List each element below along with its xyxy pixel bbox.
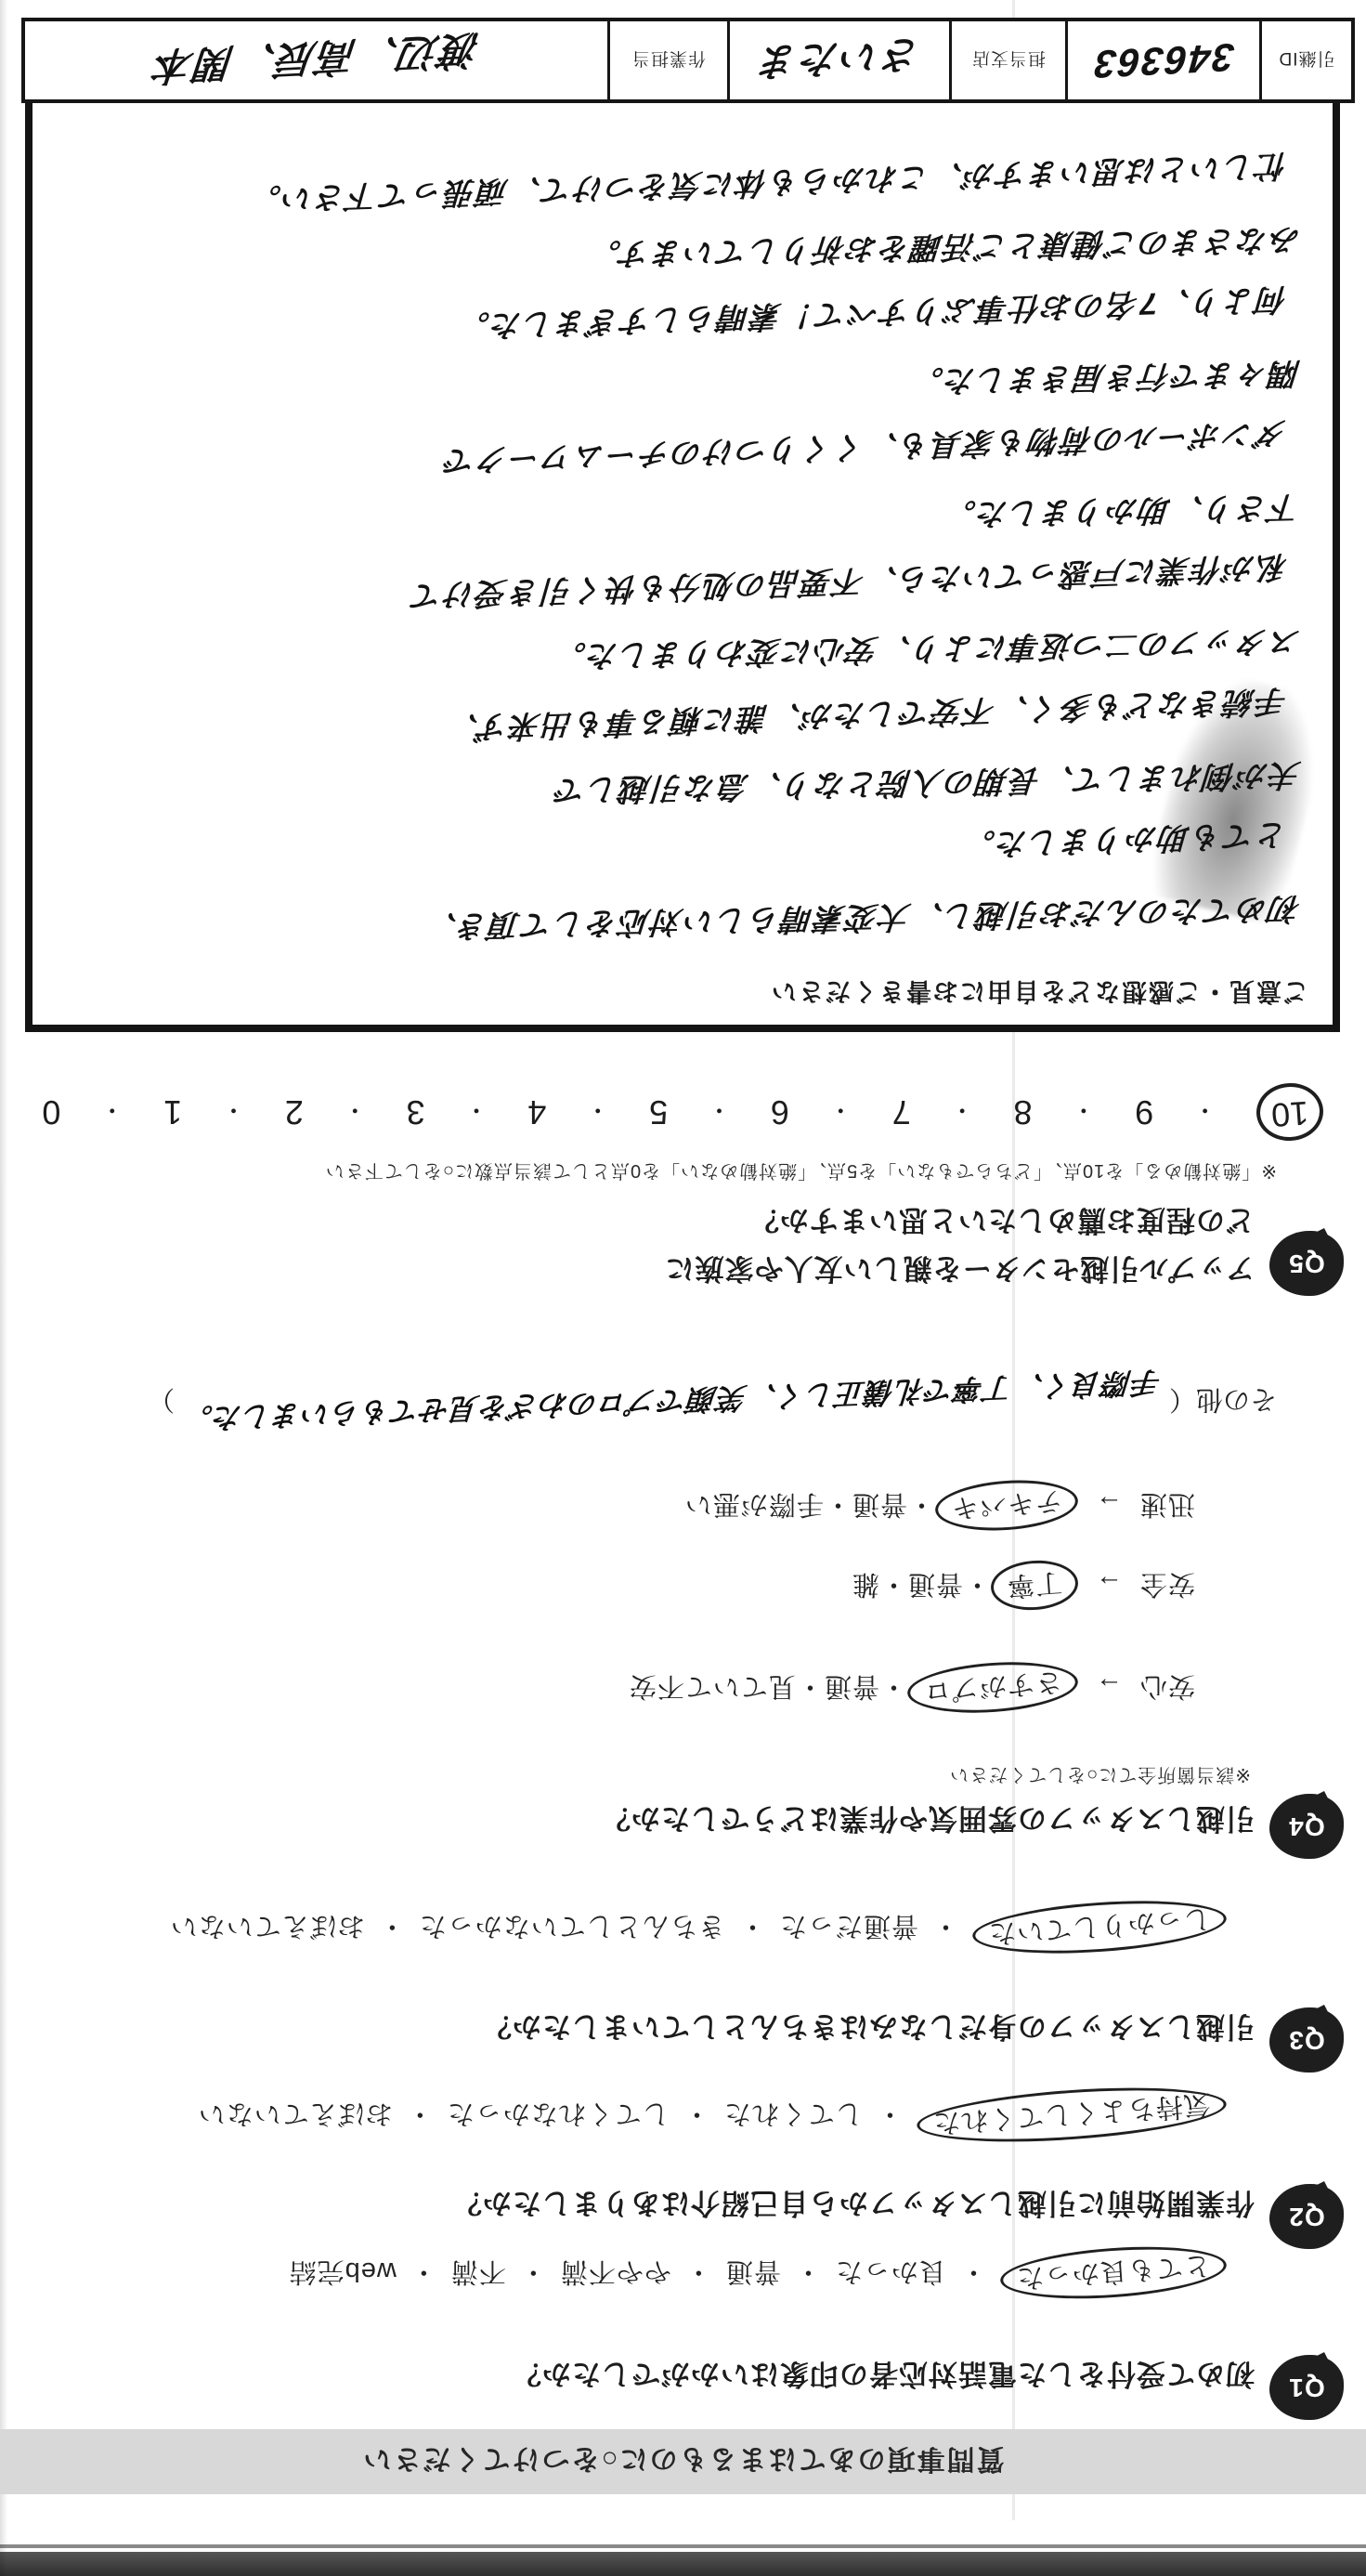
option-separator: ・ (683, 2099, 710, 2128)
scale-separator: ・ (1072, 1095, 1096, 1130)
staff-handwritten: 渡辺、高辰、関本 (150, 24, 482, 98)
q4-other-row: その他（ 手際良く、丁寧で礼儀正しく、笑顔でプロのわざを見せてもらいました。 ） (148, 1382, 1277, 1424)
option: おぼえていない (198, 2099, 393, 2128)
survey-document-rotated: 質問事項のあてはまるものに○をつけてください Q1 初めて受付をした電話対応者の… (0, 0, 1366, 2576)
q2-bubble: Q2 (1269, 2184, 1344, 2249)
q5-nps-scale: 10・9・8・7・6・5・4・3・2・1・0 (42, 1083, 1323, 1141)
option: 普通 (852, 1489, 907, 1519)
scale-value: 4 (527, 1092, 546, 1131)
option: してくれた (723, 2099, 863, 2128)
option-separator: ・ (876, 2099, 904, 2128)
scale-value: 0 (42, 1092, 60, 1131)
option-separator: ・ (410, 2256, 437, 2286)
branch-label: 担当支店 (949, 21, 1065, 99)
option: 普通 (907, 1569, 963, 1599)
scale-separator: ・ (708, 1095, 732, 1130)
scale-value: 2 (285, 1092, 304, 1131)
q2-options-row: 気持ちよくしてくれた・してくれた・してくれなかった・おぼえていない (198, 2090, 1227, 2139)
comment-box: ご意見・ご感想などを自由にお書きください 初めてたのんだお引越し、大変素晴らしい… (25, 47, 1340, 1032)
q1-bubble: Q1 (1269, 2355, 1344, 2420)
scanner-edge-line (0, 2544, 1366, 2548)
option-separator: ・ (963, 1569, 991, 1599)
option: 良かった (835, 2256, 946, 2286)
scale-value: 8 (1013, 1092, 1032, 1131)
option-circled: 気持ちよくしてくれた (916, 2079, 1229, 2150)
option-circled: しっかりしていた (970, 1894, 1228, 1961)
q4-instruction-note: ※該当箇所全てに○をしてください (949, 1763, 1251, 1790)
scanner-edge-band (0, 2552, 1366, 2576)
option-separator: ・ (738, 1911, 766, 1941)
option-separator: ・ (794, 2256, 822, 2286)
option: 手際が悪い (684, 1489, 824, 1519)
scale-value: 3 (407, 1092, 425, 1131)
scale-separator: ・ (950, 1095, 974, 1130)
option: きちんとしていなかった (419, 1911, 725, 1941)
option: 普通 (725, 2256, 781, 2286)
option-separator: ・ (406, 2099, 434, 2128)
q3-options-row: しっかりしていた・普通だった・きちんとしていなかった・おぼえていない (170, 1903, 1227, 1952)
page-title: 質問事項のあてはまるものに○をつけてください (361, 2441, 1004, 2482)
q4-subrow-anshin: 安心→さすがプロ・普通・見ていて不安 (629, 1663, 1195, 1712)
scale-value: 7 (892, 1092, 911, 1131)
scale-separator: ・ (343, 1095, 367, 1130)
option-separator: ・ (931, 1911, 959, 1941)
q4-other-label: その他（ (1169, 1384, 1277, 1414)
scale-separator: ・ (221, 1095, 245, 1130)
q1-options-row: とても良かった・良かった・普通・やや不満・不満・web完結 (289, 2248, 1227, 2297)
q4-other-close-paren: ） (148, 1384, 175, 1414)
q5-question-text-line1: アップル引越センターを親しい友人や家族に (665, 1250, 1255, 1292)
subrow-label: 安全 (1139, 1569, 1195, 1599)
scale-separator: ・ (828, 1095, 852, 1130)
scale-separator: ・ (1193, 1095, 1217, 1130)
q1-question-text: 初めて受付をした電話対応者の印象はいかがでしたか？ (512, 2356, 1255, 2398)
option-separator: ・ (879, 1569, 907, 1599)
option: やや不満 (560, 2256, 671, 2286)
q5-bubble-label: Q5 (1288, 1249, 1324, 1278)
option-separator: ・ (879, 1671, 907, 1701)
option-circled: 丁寧 (989, 1558, 1079, 1613)
staff-label: 作業担当 (607, 21, 727, 99)
comment-box-header: ご意見・ご感想などを自由にお書きください (770, 975, 1308, 1012)
option: 不満 (450, 2256, 506, 2286)
q3-question-text: 引越しスタッフの身だしなみはきちんとしていましたか？ (482, 2008, 1255, 2050)
option-separator: ・ (907, 1489, 935, 1519)
option: 雑 (852, 1569, 879, 1599)
arrow-icon: → (1095, 1569, 1123, 1599)
option-separator: ・ (959, 2256, 987, 2286)
scale-value: 9 (1135, 1092, 1153, 1131)
q4-subrow-anzen: 安全→丁寧・普通・雑 (852, 1561, 1195, 1610)
arrow-icon: → (1095, 1489, 1123, 1519)
option-separator: ・ (796, 1671, 824, 1701)
handwritten-comment: 初めてたのんだお引越し、大変素晴らしい対応をして頂き、とても助かりました。夫が倒… (51, 150, 1301, 952)
scanned-survey-page: 質問事項のあてはまるものに○をつけてください Q1 初めて受付をした電話対応者の… (0, 0, 1366, 2576)
q2-question-text: 作業開始前に引越しスタッフから自己紹介はありましたか？ (452, 2185, 1255, 2227)
handover-id-value: 346363 (1065, 21, 1259, 99)
branch-handwritten: さいたま (755, 28, 923, 93)
subrow-label: 迅速 (1139, 1489, 1195, 1519)
scale-value: 1 (163, 1092, 182, 1131)
option: 普通だった (779, 1911, 918, 1941)
q4-other-handwritten-value: 手際良く、丁寧で礼儀正しく、笑顔でプロのわざを見せてもらいました。 (181, 1364, 1163, 1444)
option: web完結 (289, 2256, 397, 2286)
subrow-label: 安心 (1139, 1671, 1195, 1701)
q5-bubble: Q5 (1269, 1231, 1344, 1296)
q4-bubble: Q4 (1269, 1794, 1344, 1859)
option: 見ていて不安 (629, 1671, 796, 1701)
page-edge-shadow (0, 0, 7, 2576)
q1-bubble-label: Q1 (1288, 2373, 1324, 2402)
option-separator: ・ (684, 2256, 712, 2286)
option-separator: ・ (824, 1489, 852, 1519)
option: してくれなかった (447, 2099, 670, 2128)
q5-question-text-line2: どの程度お薦めしたいと思いますか？ (749, 1202, 1255, 1244)
arrow-icon: → (1095, 1671, 1123, 1701)
scale-separator: ・ (464, 1095, 488, 1130)
q4-bubble-label: Q4 (1288, 1811, 1324, 1841)
scale-separator: ・ (586, 1095, 610, 1130)
option-circled: テキパキ (933, 1476, 1079, 1536)
scale-value: 6 (771, 1092, 789, 1131)
q4-question-text: 引越しスタッフの雰囲気や作業はどうでしたか？ (601, 1800, 1255, 1842)
branch-value: さいたま (727, 21, 949, 99)
scale-separator: ・ (100, 1095, 124, 1130)
option-circled: さすがプロ (905, 1657, 1079, 1719)
q3-bubble: Q3 (1269, 2007, 1344, 2073)
scale-value-circled: 10 (1255, 1081, 1325, 1144)
q3-bubble-label: Q3 (1288, 2025, 1324, 2055)
staff-value: 渡辺、高辰、関本 (25, 21, 607, 99)
scale-value: 5 (649, 1092, 668, 1131)
option: 普通 (824, 1671, 879, 1701)
title-bar: 質問事項のあてはまるものに○をつけてください (0, 2429, 1366, 2494)
q4-subrow-jinsoku: 迅速→テキパキ・普通・手際が悪い (684, 1481, 1195, 1530)
footer-table: 引継ID 346363 担当支店 さいたま 作業担当 渡辺、高辰、関本 (21, 18, 1355, 103)
q2-bubble-label: Q2 (1288, 2202, 1324, 2231)
q5-scoring-note: ※「絶対勧める」を10点、「どちらでもない」を5点、「絶対勧めない」を0点として… (325, 1159, 1277, 1186)
option: おぼえていない (170, 1911, 365, 1941)
handover-id-label: 引継ID (1259, 21, 1351, 99)
option-separator: ・ (378, 1911, 406, 1941)
handover-id-handwritten: 346363 (1091, 34, 1236, 86)
option-separator: ・ (519, 2256, 547, 2286)
option-circled: とても良かった (998, 2241, 1228, 2306)
